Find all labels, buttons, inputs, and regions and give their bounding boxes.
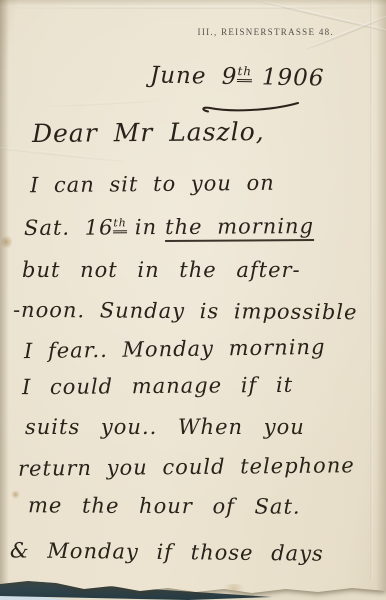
- foxing-spot: [1, 234, 12, 250]
- body-line: I could manage if it: [22, 373, 293, 399]
- line2-underlined-phrase: the morning: [165, 214, 314, 242]
- body-line: I fear.. Monday morning: [24, 335, 326, 363]
- handwritten-date: June 9th1906: [150, 62, 325, 91]
- date-ordinal: th: [237, 64, 252, 82]
- line2-prefix: Sat. 16: [24, 215, 114, 240]
- printed-letterhead: III., REISNERSTRASSE 48.: [198, 27, 334, 37]
- line2-middle: in: [135, 215, 157, 239]
- body-line: I can sit to you on: [30, 171, 275, 198]
- paper-vertical-crease: [370, 0, 373, 580]
- body-line: return you could telephone: [18, 453, 355, 481]
- foxing-spot: [11, 490, 20, 499]
- body-line: but not in the after-: [22, 258, 301, 282]
- paper-crease: [0, 6, 386, 9]
- letter-paper-wrap: III., REISNERSTRASSE 48. June 9th1906 De…: [0, 0, 386, 600]
- date-year: 1906: [262, 64, 325, 91]
- letter-paper: III., REISNERSTRASSE 48. June 9th1906 De…: [0, 0, 386, 600]
- body-line: -noon. Sunday is impossible: [13, 298, 358, 324]
- body-line: & Monday if those days: [10, 538, 324, 565]
- date-underline-flourish: [198, 99, 302, 115]
- body-line: suits you.. When you: [25, 415, 305, 439]
- letter-scan: III., REISNERSTRASSE 48. June 9th1906 De…: [0, 0, 386, 600]
- paper-left-edge-shadow: [0, 0, 9, 600]
- paper-right-edge-shadow: [376, 0, 386, 600]
- salutation: Dear Mr Laszlo,: [32, 117, 265, 148]
- body-line: me the hour of Sat.: [28, 493, 301, 518]
- body-line: Sat. 16thinthe morning: [24, 214, 314, 240]
- paper-crease: [40, 99, 160, 108]
- line2-ordinal: th: [113, 216, 127, 233]
- date-prefix: June 9: [150, 62, 238, 90]
- foxing-spot: [220, 584, 248, 593]
